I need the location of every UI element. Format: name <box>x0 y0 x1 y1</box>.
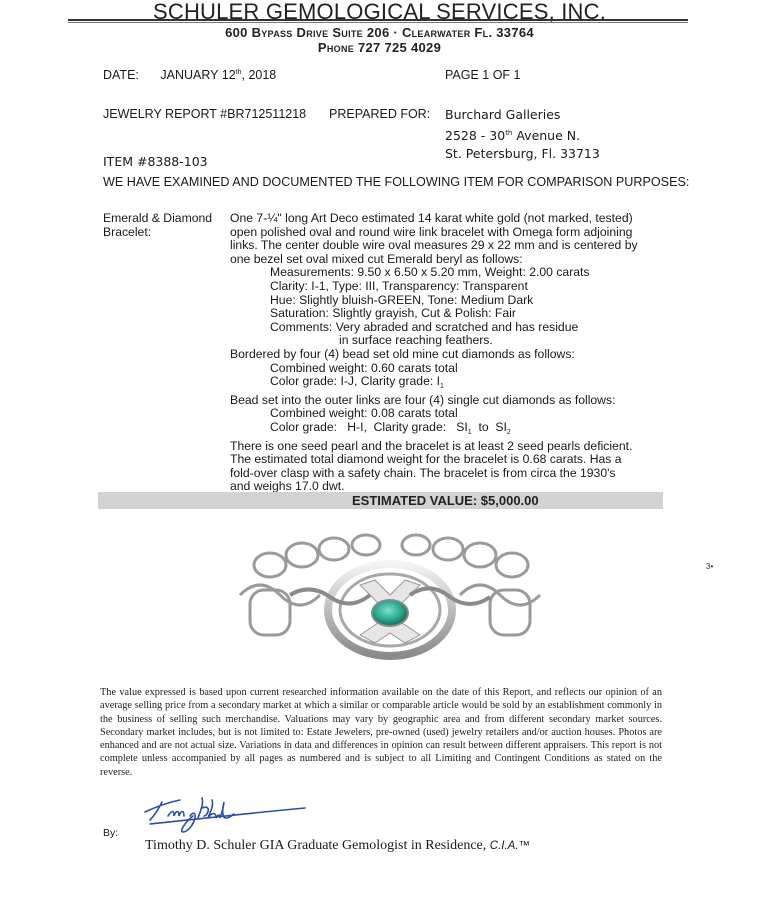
report-date: DATE: JANUARY 12th, 2018 <box>103 68 276 82</box>
item-number: ITEM #8388-103 <box>103 153 208 171</box>
estimated-value: ESTIMATED VALUE: $5,000.00 <box>352 492 539 509</box>
intro-statement: WE HAVE EXAMINED AND DOCUMENTED THE FOLL… <box>103 175 689 189</box>
outer-diamonds-grade: Color grade: H-I, Clarity grade: SI1 to … <box>230 421 638 440</box>
outer-diamonds-intro: Bead set into the outer links are four (… <box>230 394 638 408</box>
border-diamonds-grade: Color grade: I-J, Clarity grade: I1 <box>230 375 638 394</box>
border-diamonds-weight: Combined weight: 0.60 carats total <box>230 362 638 376</box>
desc-line: links. The center double wire oval measu… <box>230 239 638 253</box>
item-label: Emerald & Diamond Bracelet: <box>103 212 212 239</box>
disclaimer: The value expressed is based upon curren… <box>100 686 662 779</box>
credential: C.I.A.™ <box>490 840 530 852</box>
stray-mark: 3• <box>706 562 713 571</box>
client-city: St. Petersburg, Fl. 33713 <box>445 145 600 163</box>
outer-diamonds-weight: Combined weight: 0.08 carats total <box>230 407 638 421</box>
by-label: By: <box>103 827 118 839</box>
desc-line: One 7-¼" long Art Deco estimated 14 kara… <box>230 212 638 226</box>
client-street: 2528 - 30th Avenue N. <box>445 124 600 145</box>
emerald-saturation: Saturation: Slightly grayish, Cut & Poli… <box>230 307 638 321</box>
desc-line: one bezel set oval mixed cut Emerald ber… <box>230 253 638 267</box>
company-address: 600 Bypass Drive Suite 206 · Clearwater … <box>0 25 759 55</box>
date-label: DATE: <box>103 68 139 82</box>
signature-image <box>140 790 310 835</box>
emerald-comments-cont: in surface reaching feathers. <box>230 334 638 348</box>
emerald-measurements: Measurements: 9.50 x 6.50 x 5.20 mm, Wei… <box>230 266 638 280</box>
client-address: Burchard Galleries 2528 - 30th Avenue N.… <box>445 106 600 163</box>
emerald-clarity: Clarity: I-1, Type: III, Transparency: T… <box>230 280 638 294</box>
letterhead-rule <box>68 19 688 21</box>
closing-line: fold-over clasp with a safety chain. The… <box>230 467 638 481</box>
client-name: Burchard Galleries <box>445 106 600 124</box>
date-value: JANUARY 12th, 2018 <box>160 68 276 82</box>
letterhead-rule-thin <box>68 22 688 23</box>
report-number: JEWELRY REPORT #BR712511218 <box>103 107 306 121</box>
item-description: One 7-¼" long Art Deco estimated 14 kara… <box>230 212 638 494</box>
bracelet-photo <box>230 525 550 665</box>
prepared-for-label: PREPARED FOR: <box>329 107 430 121</box>
border-diamonds-intro: Bordered by four (4) bead set old mine c… <box>230 348 638 362</box>
emerald-comments: Comments: Very abraded and scratched and… <box>230 321 638 335</box>
emerald-hue: Hue: Slightly bluish-GREEN, Tone: Medium… <box>230 294 638 308</box>
page-number: PAGE 1 OF 1 <box>445 68 521 82</box>
closing-line: The estimated total diamond weight for t… <box>230 453 638 467</box>
estimated-value-bar: ESTIMATED VALUE: $5,000.00 <box>98 492 663 509</box>
phone-line: Phone 727 725 4029 <box>0 40 759 55</box>
signer-name: Timothy D. Schuler GIA Graduate Gemologi… <box>145 838 530 854</box>
closing-line: There is one seed pearl and the bracelet… <box>230 440 638 454</box>
desc-line: open polished oval and round wire link b… <box>230 226 638 240</box>
address-line: 600 Bypass Drive Suite 206 · Clearwater … <box>0 25 759 40</box>
